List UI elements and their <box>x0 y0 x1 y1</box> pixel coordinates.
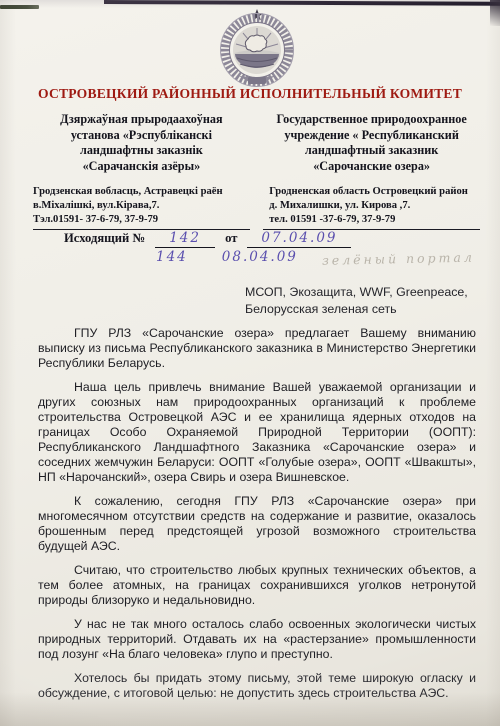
paragraph-regret: К сожалению, сегодня ГПУ РЛЗ «Сарочански… <box>38 494 476 554</box>
scan-edge-artifact-top <box>104 0 500 6</box>
second-number-handwritten: 144 <box>156 249 188 265</box>
recipients-line: МСОП, Экозащита, WWF, Greenpeace, <box>245 284 468 301</box>
phone-line: Тэл.01591- 37-6-79, 37-9-79 <box>33 213 250 227</box>
outgoing-reference: Исходящий № 142 от 07.04.09 144 08.04.09 <box>64 230 351 265</box>
org-line: Дзяржаўная прыродаахоўная <box>33 112 250 128</box>
paragraph-intro: ГПУ РЛЗ «Сарочанские озера» предлагает В… <box>38 326 476 371</box>
org-line: «Сарачанскія азёры» <box>33 159 250 175</box>
outgoing-number-handwritten: 142 <box>155 230 215 248</box>
paragraph-opinion: Считаю, что строительство любых крупных … <box>38 563 476 608</box>
recipients-line: Белорусская зеленая сеть <box>245 301 468 318</box>
belarus-coat-of-arms-icon <box>217 8 297 88</box>
address-line: Гродзенская вобласць, Астравецкі раён <box>33 185 250 199</box>
org-line: установа «Рэспубліканскі <box>33 128 250 144</box>
pencil-note: зелёный портал <box>322 249 492 268</box>
address-line: Гродненская область Островецкий район <box>269 185 480 199</box>
address-line: д. Михалишки, ул. Кирова ,7. <box>269 199 480 213</box>
org-line: ландшафтны заказнік <box>33 143 250 159</box>
letterhead-columns: Дзяржаўная прыродаахоўная установа «Рэсп… <box>33 112 480 230</box>
paragraph-territories: У нас не так много осталось слабо освоен… <box>38 617 476 662</box>
phone-line: тел. 01591 -37-6-79, 37-9-79 <box>269 213 480 227</box>
org-line: учреждение « Республиканский <box>263 128 480 144</box>
org-block-russian: Государственное природоохранное учрежден… <box>263 112 480 230</box>
org-line: ландшафтный заказник <box>263 143 480 159</box>
outgoing-date-handwritten: 07.04.09 <box>247 230 351 248</box>
scan-artifact-top-left <box>0 5 39 9</box>
org-line: Государственное природоохранное <box>263 112 480 128</box>
org-block-belarusian: Дзяржаўная прыродаахоўная установа «Рэсп… <box>33 112 250 230</box>
second-date-handwritten: 08.04.09 <box>222 249 298 265</box>
org-line: «Сарочанские озера» <box>263 159 480 175</box>
paragraph-conclusion: Хотелось бы придать этому письму, этой т… <box>38 671 476 701</box>
scan-edge-artifact-corner <box>490 0 500 26</box>
address-line: в.Міхалішкі, вул.Кірава,7. <box>33 199 250 213</box>
scanned-letter: ОСТРОВЕЦКИЙ РАЙОННЫЙ ИСПОЛНИТЕЛЬНЫЙ КОМИ… <box>0 0 500 726</box>
outgoing-label: Исходящий № <box>64 231 145 246</box>
recipients-block: МСОП, Экозащита, WWF, Greenpeace, Белору… <box>245 284 468 317</box>
from-label: от <box>225 231 237 246</box>
committee-title: ОСТРОВЕЦКИЙ РАЙОННЫЙ ИСПОЛНИТЕЛЬНЫЙ КОМИ… <box>0 86 500 102</box>
letter-body: ГПУ РЛЗ «Сарочанские озера» предлагает В… <box>38 326 476 710</box>
paragraph-goal: Наша цель привлечь внимание Вашей уважае… <box>38 380 476 485</box>
